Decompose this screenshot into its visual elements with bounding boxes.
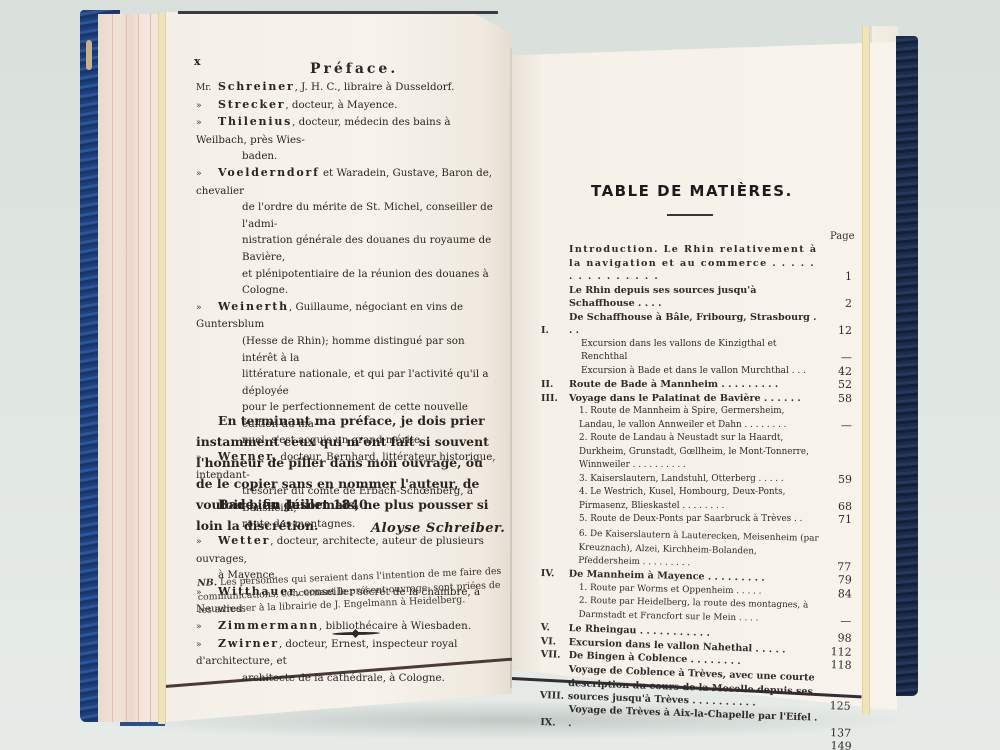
book-gutter — [510, 48, 512, 688]
toc-row: 1. Route de Mannheim à Spire, Germershei… — [541, 405, 852, 432]
toc-row: III.Voyage dans le Palatinat de Bavière … — [541, 392, 852, 406]
book-cover-right — [896, 36, 918, 696]
toc-row: Excursion dans les vallons de Kinzigthal… — [541, 338, 852, 365]
toc-row: 5. Route de Deux-Ponts par Saarbruck à T… — [541, 513, 852, 527]
toc-row: 6. De Kaiserslautern à Lauterecken, Meis… — [540, 527, 852, 574]
toc-row: II.Route de Bade à Mannheim . . . . . . … — [541, 378, 852, 392]
toc-row: 4. Le Westrich, Kusel, Hombourg, Deux-Po… — [541, 486, 852, 513]
toc-row: 2. Route de Landau à Neustadt sur la Haa… — [541, 432, 852, 473]
place-date: Bade, fin Juillet 1840. — [218, 497, 372, 512]
list-item: »Thilenius, docteur, médecin des bains à… — [196, 114, 501, 165]
toc-title: TABLE DE MATIÈRES. — [591, 182, 793, 200]
page-number: x — [194, 55, 201, 68]
left-page-top-edge — [178, 11, 498, 14]
toc-row: Excursion à Bade et dans le vallon Murch… — [541, 365, 852, 379]
list-item: »Strecker, docteur, à Mayence. — [196, 97, 501, 115]
ribbon-bookmark-left — [158, 12, 166, 724]
toc-row: Introduction. Le Rhin relativement à la … — [541, 243, 852, 284]
page-column-label: Page — [830, 231, 855, 242]
title-rule — [667, 214, 713, 216]
toc-row: 3. Kaiserslautern, Landstuhl, Otterberg … — [541, 473, 852, 487]
ribbon-bookmark-right — [862, 26, 870, 714]
preface-header: Préface. — [310, 61, 398, 77]
list-item: »Zwirner, docteur, Ernest, inspecteur ro… — [196, 636, 501, 687]
author-signature: Aloyse Schreiber. — [371, 521, 505, 536]
list-item: »Voelderndorf et Waradein, Gustave, Baro… — [196, 165, 501, 299]
list-item: Mr.Schreiner, J. H. C., libraire à Dusse… — [196, 79, 501, 97]
closing-paragraph: En terminant ma préface, je dois prier i… — [196, 410, 501, 536]
toc-row: I.De Schaffhouse à Bâle, Fribourg, Stras… — [541, 311, 852, 338]
toc-row: Le Rhin depuis ses sources jusqu'à Schaf… — [541, 284, 852, 311]
table-of-contents: Introduction. Le Rhin relativement à la … — [541, 243, 852, 743]
